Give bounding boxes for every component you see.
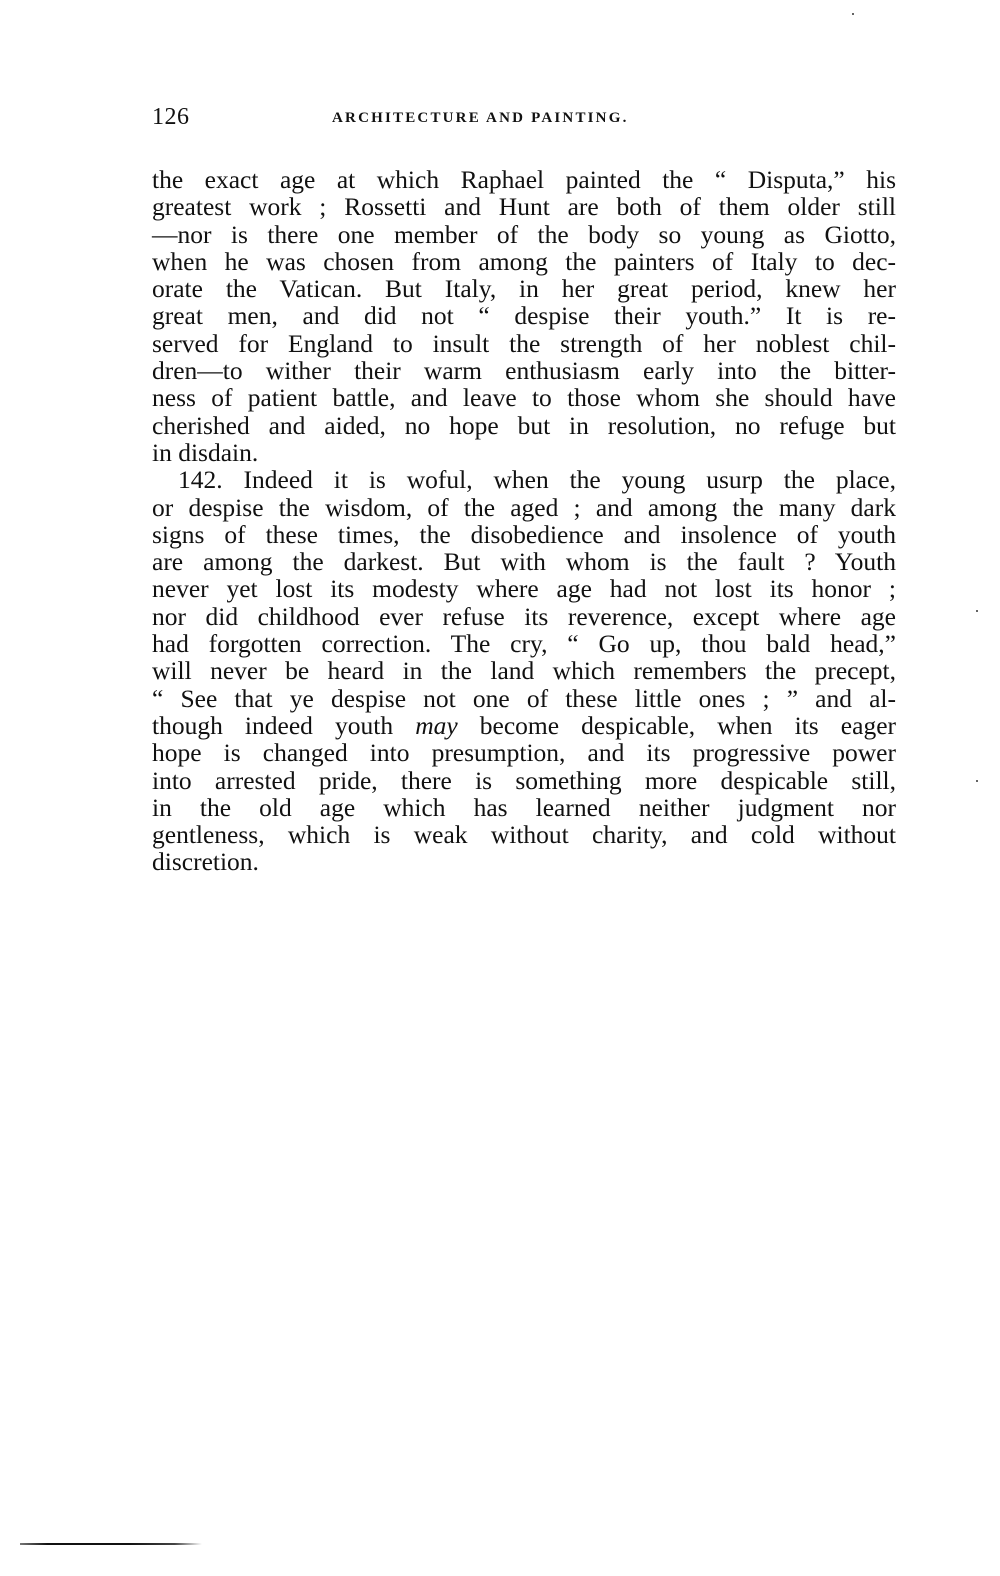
- text-line: into arrested pride, there is something …: [152, 767, 896, 794]
- text-line: ness of patient battle, and leave to tho…: [152, 384, 896, 411]
- scan-speck: [852, 13, 854, 15]
- page-number: 126: [152, 104, 190, 131]
- scan-speck: [976, 610, 978, 612]
- text-line: —nor is there one member of the body so …: [152, 221, 896, 248]
- text-line: cherished and aided, no hope but in reso…: [152, 412, 896, 439]
- section-142-first-line: 142. Indeed it is woful, when the young …: [152, 466, 896, 493]
- text-line: hope is changed into presumption, and it…: [152, 739, 896, 766]
- text-line: “ See that ye despise not one of these l…: [152, 685, 896, 712]
- book-page: 126 ARCHITECTURE AND PAINTING. the exact…: [0, 0, 1000, 1576]
- body-text: the exact age at which Raphael painted t…: [152, 166, 896, 876]
- text-line: when he was chosen from among the painte…: [152, 248, 896, 275]
- text-line: dren—to wither their warm enthusiasm ear…: [152, 357, 896, 384]
- text-line: will never be heard in the land which re…: [152, 657, 896, 684]
- text-fragment: though indeed youth: [152, 711, 415, 740]
- text-line: never yet lost its modesty where age had…: [152, 575, 896, 602]
- running-head: 126 ARCHITECTURE AND PAINTING.: [152, 104, 892, 134]
- paragraph-section-142: 142. Indeed it is woful, when the young …: [152, 466, 896, 875]
- text-line: had forgotten correction. The cry, “ Go …: [152, 630, 896, 657]
- italic-emphasis: may: [415, 711, 457, 740]
- text-line: gentleness, which is weak without charit…: [152, 821, 896, 848]
- text-fragment: become despicable, when its eager: [458, 711, 896, 740]
- text-line: orate the Vatican. But Italy, in her gre…: [152, 275, 896, 302]
- text-line: discretion.: [152, 848, 896, 875]
- text-line: or despise the wisdom, of the aged ; and…: [152, 494, 896, 521]
- text-line: great men, and did not “ despise their y…: [152, 302, 896, 329]
- paragraph-continuation: the exact age at which Raphael painted t…: [152, 166, 896, 466]
- text-line: served for England to insult the strengt…: [152, 330, 896, 357]
- text-line: the exact age at which Raphael painted t…: [152, 166, 896, 193]
- text-line: in disdain.: [152, 439, 896, 466]
- text-line: nor did childhood ever refuse its revere…: [152, 603, 896, 630]
- text-line-with-italic: though indeed youth may become despicabl…: [152, 712, 896, 739]
- text-line: are among the darkest. But with whom is …: [152, 548, 896, 575]
- text-line: greatest work ; Rossetti and Hunt are bo…: [152, 193, 896, 220]
- scan-speck: [976, 780, 978, 782]
- text-line: signs of these times, the disobedience a…: [152, 521, 896, 548]
- scan-edge-rule: [20, 1543, 202, 1545]
- text-line: in the old age which has learned neither…: [152, 794, 896, 821]
- running-title: ARCHITECTURE AND PAINTING.: [332, 110, 629, 127]
